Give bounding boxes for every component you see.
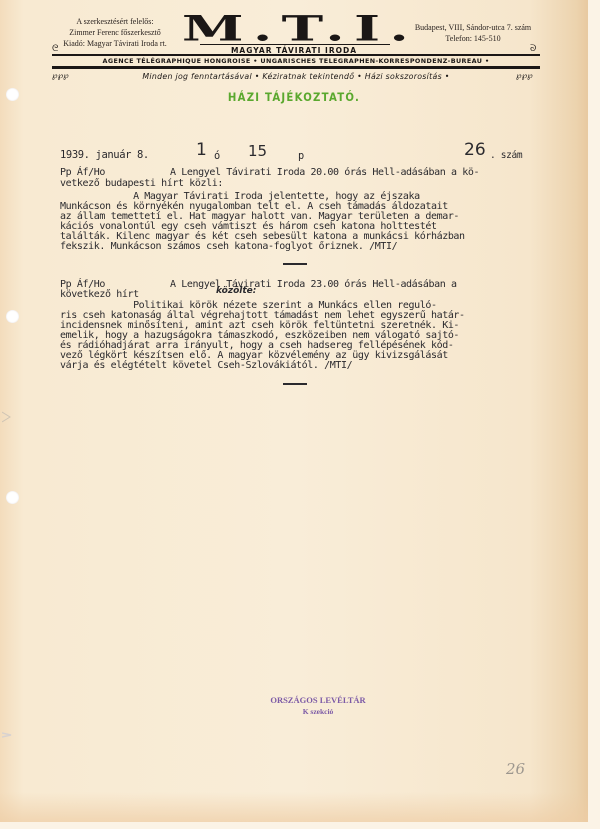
issue-minute-suffix: p (298, 150, 304, 162)
item-line: fekszik. Munkácson számos cseh katona-fo… (60, 242, 397, 252)
item-line: A Lengyel Távirati Iroda 20.00 órás Hell… (170, 168, 479, 178)
issue-number: 26 (464, 140, 486, 160)
masthead-rule (52, 66, 540, 69)
handwritten-insert: közölte: (216, 286, 256, 296)
mti-logo: M.T.I. (200, 12, 400, 46)
bulletin-title: HÁZI TÁJÉKOZTATÓ. (35, 90, 552, 104)
stamp-archive-name: ORSZÁGOS LEVÉLTÁR (238, 694, 398, 706)
folio-number: 26 (506, 760, 525, 778)
item-line: A Lengyel Távirati Iroda 23.00 órás Hell… (170, 280, 457, 290)
tear-mark-icon (2, 728, 12, 742)
rights-line: Minden jog fenntartásával • Kéziratnak t… (52, 72, 540, 81)
item-line: vetkező budapesti hírt közli: (60, 179, 223, 189)
issue-minute: 15 (248, 142, 267, 160)
item-separator (283, 263, 307, 265)
issue-hour-suffix: ó (214, 150, 220, 162)
scroll-ornament-icon: ᘐ (530, 44, 536, 54)
issue-date: 1939. január 8. (60, 150, 149, 160)
archive-stamp: ORSZÁGOS LEVÉLTÁR K szekció (238, 694, 398, 718)
punch-hole (6, 310, 19, 323)
punch-hole (6, 88, 19, 101)
band-subtitle: AGENCE TÉLÉGRAPHIQUE HONGROISE • UNGARIS… (52, 57, 540, 65)
telephone: Telefon: 145-510 (398, 33, 548, 44)
item-code: Pp Áf/Ho (60, 168, 105, 178)
document-page: A szerkesztésért felelős: Zimmer Ferenc … (0, 0, 588, 822)
issue-number-suffix: . szám (490, 150, 522, 161)
masthead-rule (200, 44, 390, 45)
band-title: MAGYAR TÁVIRATI IRODA (194, 46, 394, 55)
address: Budapest, VIII, Sándor-utca 7. szám (398, 22, 548, 33)
stamp-section: K szekció (238, 706, 398, 718)
item-line: várja és elégtételt követel Cseh-Szlovák… (60, 361, 352, 371)
item-separator (283, 383, 307, 385)
masthead-address: Budapest, VIII, Sándor-utca 7. szám Tele… (398, 22, 548, 44)
scan-margin (0, 822, 600, 829)
tear-mark-icon (2, 410, 12, 424)
scan-margin (588, 0, 600, 829)
punch-hole (6, 491, 19, 504)
scroll-ornament-icon: ᘓ (52, 44, 58, 54)
item-line: következő hírt (60, 290, 139, 300)
issue-hour: 1 (196, 140, 207, 160)
